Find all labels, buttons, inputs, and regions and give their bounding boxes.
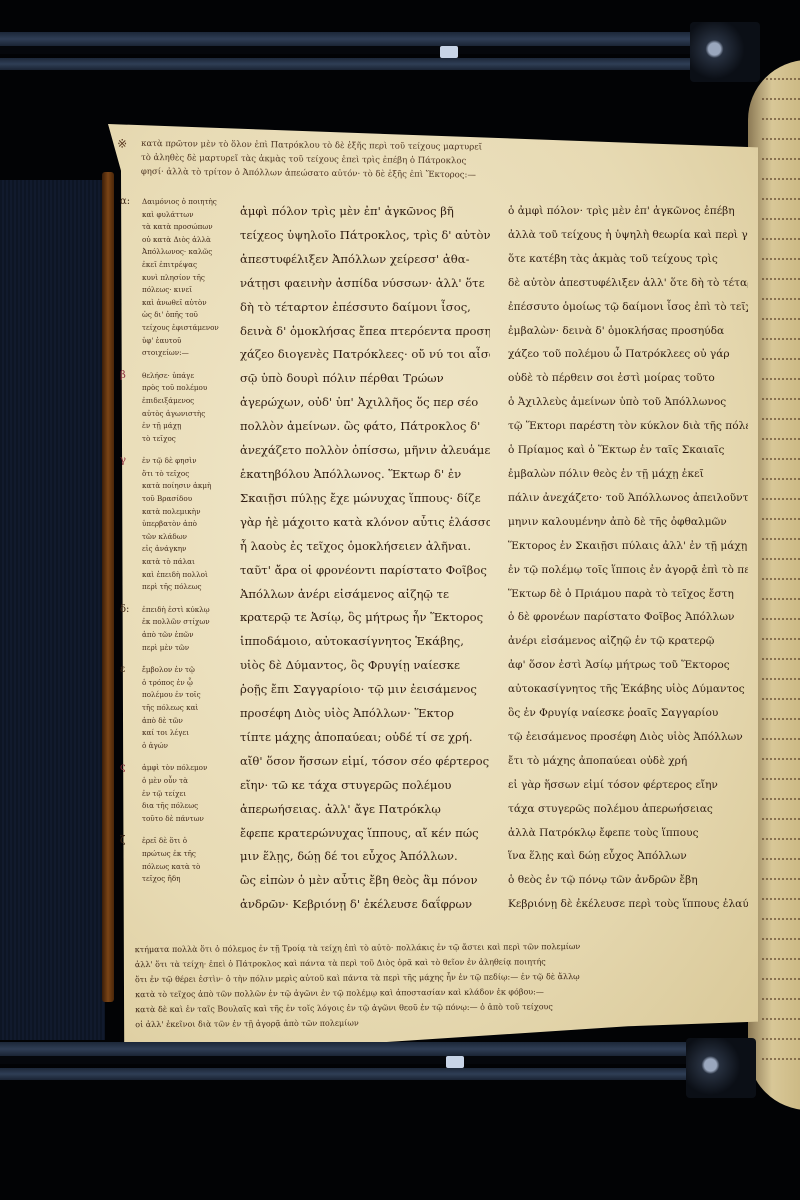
- verse-line: ἀμφὶ πόλον τρὶς μὲν ἐπ' ἀγκῶνος βῆ: [240, 200, 490, 224]
- paraphrase-line: ἀνέρι εἰσάμενος αἰζηῷ ἐν τῷ κρατερῷ: [508, 630, 748, 654]
- verse-line: ταῦτ' ἄρα οἱ φρονέοντι παρίστατο Φοῖβος: [240, 559, 490, 583]
- scholion-line: πολέμου ἐν τοῖς: [120, 689, 238, 702]
- scholion-siglum: ε: [120, 664, 125, 677]
- scholion-line: περὶ τῆς πόλεως: [120, 581, 238, 594]
- paraphrase-line: τῷ Ἕκτορι παρέστη τὸν κύκλον διὰ τῆς πόλ…: [508, 415, 748, 439]
- scholion-siglum: δ:: [120, 604, 129, 617]
- paraphrase-line: ὁ δὲ φρονέων παρίστατο Φοῖβος Ἀπόλλων: [508, 606, 748, 630]
- scholion-siglum: β: [120, 370, 126, 383]
- scholion-line: καὶ ἀνωθεῖ αὐτὸν: [120, 297, 238, 310]
- scholion-line: ἀμφὶ τὸν πόλεμον: [120, 762, 238, 775]
- verse-line: ἀνδρῶν· Κεβριόνῃ δ' ἐκέλευσε δαΐφρων: [240, 893, 490, 917]
- scholion-block: ς ἀμφὶ τὸν πόλεμον ὁ μὲν οὖν τὰ ἐν τῷ τε…: [120, 762, 238, 825]
- paraphrase-line: δὲ αὐτὸν ἀπεστυφέλιξεν ἀλλ' ὅτε δὴ τὸ τέ…: [508, 272, 748, 296]
- scholion-line: Δαιμόνιος ὁ ποιητὴς: [120, 196, 238, 209]
- scholion-line: καί τοι λέγει: [120, 727, 238, 740]
- scholion-line: καὶ ἐπειδὴ πολλοὶ: [120, 569, 238, 582]
- verse-line: χάζεο διογενὲς Πατρόκλεες· οὔ νύ τοι αἶσ…: [240, 343, 490, 367]
- paraphrase-line: μηνιν καλουμένην ἀπὸ δὲ τῆς ὀφθαλμῶν: [508, 511, 748, 535]
- scholion-block: ζ ἐρεῖ δὲ ὅτι ὁ πρώτως ἐκ τῆς πόλεως κατ…: [120, 835, 238, 885]
- scholion-line: ἐν τῷ δὲ φησὶν: [120, 455, 238, 468]
- verse-line: αἴθ' ὅσον ἥσσων εἰμί, τόσον σέο φέρτερος: [240, 750, 490, 774]
- paraphrase-line: τῷ ἐεισάμενος προσέφη Διὸς υἱὸς Ἀπόλλων: [508, 726, 748, 750]
- scholion-line: ἐν τῷ τείχει: [120, 788, 238, 801]
- main-text-column-left: ἀμφὶ πόλον τρὶς μὲν ἐπ' ἀγκῶνος βῆ τείχε…: [240, 200, 490, 917]
- scholion-siglum: γ: [120, 455, 126, 468]
- paraphrase-line: ἐν τῷ πολέμῳ τοῖς ἵπποις ἐν ἀγορᾷ ἐπὶ τὸ…: [508, 559, 748, 583]
- paraphrase-line: οὐδὲ τὸ πέρθειν σοι ἐστὶ μοίρας τοῦτο: [508, 367, 748, 391]
- scholion-line: ὡς δι' ὀπῆς τοῦ: [120, 309, 238, 322]
- scholion-line: ὑφ' ἑαυτοῦ: [120, 335, 238, 348]
- scholion-line: πρώτως ἐκ τῆς: [120, 848, 238, 861]
- scholion-line: ἐκ πολλῶν στίχων: [120, 616, 238, 629]
- scholion-line: κατὰ τὸ πάλαι: [120, 556, 238, 569]
- cradle-top-bar: [0, 32, 690, 46]
- footer-line: οἱ ἀλλ' ἐκεῖνοι διὰ τῶν ἐν τῇ ἀγορᾷ ἀπὸ …: [135, 1013, 745, 1032]
- paraphrase-line: ἀλλὰ Πατρόκλῳ ἔφεπε τοὺς ἵππους: [508, 822, 748, 846]
- verse-line: ἀπερωήσειας. ἀλλ' ἄγε Πατρόκλῳ: [240, 798, 490, 822]
- scholion-block: β θελήσε· ὑπάγε πρὸς τοῦ πολέμου ἐπιδειξ…: [120, 370, 238, 446]
- verse-line: ἀπεστυφέλιξεν Ἀπόλλων χείρεσσ' ἀθα-: [240, 248, 490, 272]
- scholion-line: ἐπιδειξάμενος: [120, 395, 238, 408]
- scholion-siglum: α:: [120, 196, 130, 209]
- cradle-top-gap: [0, 46, 690, 54]
- cloth-backdrop: [0, 180, 105, 1040]
- scholion-line: ὁ τρόπος ἐν ᾧ: [120, 677, 238, 690]
- scholion-line: τείχους ἐφιστάμενον: [120, 322, 238, 335]
- cradle-bottom-gap: [0, 1056, 690, 1064]
- header-scholion: ※ κατὰ πρῶτον μὲν τὸ ὅλον ἐπὶ Πατρόκλου …: [115, 137, 755, 186]
- paraphrase-line: ἔτι τὸ μάχης ἀποπαύεαι οὐδὲ χρή: [508, 750, 748, 774]
- scholion-line: τεῖχος ἤδη: [120, 873, 238, 886]
- paraphrase-line: χάζεο τοῦ πολέμου ὦ Πατρόκλεες οὐ γάρ: [508, 343, 748, 367]
- scholion-line: ὁ μὲν οὖν τὰ: [120, 775, 238, 788]
- verse-line: ῥοῇς ἔπι Σαγγαρίοιο· τῷ μιν ἐεισάμενος: [240, 678, 490, 702]
- scholion-line: ἐν τῇ μάχῃ: [120, 420, 238, 433]
- verse-line: νάτῃσι φαεινὴν ἀσπίδα νύσσων· ἀλλ' ὅτε: [240, 272, 490, 296]
- scholion-line: πόλεως κατὰ τὸ: [120, 861, 238, 874]
- scholion-line: τῆς πόλεως καὶ: [120, 702, 238, 715]
- scholion-line: ἀπὸ δὲ τῶν: [120, 715, 238, 728]
- paraphrase-line: πάλιν ἀνεχάζετο· τοῦ Ἀπόλλωνος ἀπειλοῦντ…: [508, 487, 748, 511]
- scholion-line: αὐτὸς ἀγωνιστὴς: [120, 408, 238, 421]
- margin-scholia: α: Δαιμόνιος ὁ ποιητὴς καὶ φυλάττων τὰ κ…: [120, 196, 238, 896]
- verse-line: ὣς εἰπὼν ὁ μὲν αὖτις ἔβη θεὸς ἂμ πόνον: [240, 869, 490, 893]
- scholion-line: κατὰ πολεμικὴν: [120, 506, 238, 519]
- scholion-line: τὸ τεῖχος: [120, 433, 238, 446]
- verse-line: Σκαιῇσι πύλῃς ἔχε μώνυχας ἵππους· δίζε: [240, 487, 490, 511]
- verse-line: τίπτε μάχης ἀποπαύεαι; οὐδέ τί σε χρή.: [240, 726, 490, 750]
- verse-line: δὴ τὸ τέταρτον ἐπέσσυτο δαίμονι ἶσος,: [240, 296, 490, 320]
- verse-line: ἦ λαοὺς ἐς τεῖχος ὁμοκλήσειεν ἀλῆναι.: [240, 535, 490, 559]
- scholion-line: θελήσε· ὑπάγε: [120, 370, 238, 383]
- scholion-line: πρὸς τοῦ πολέμου: [120, 382, 238, 395]
- verse-line: ἑκατηβόλου Ἀπόλλωνος. Ἕκτωρ δ' ἐν: [240, 463, 490, 487]
- scholion-line: Ἀπόλλωνος· καλῶς: [120, 246, 238, 259]
- verse-line: σῷ ὑπὸ δουρὶ πόλιν πέρθαι Τρώων: [240, 367, 490, 391]
- top-right-clamp: [690, 22, 760, 82]
- paraphrase-line: ἀλλὰ τοῦ τείχους ἡ ὑψηλὴ θεωρία καὶ περὶ…: [508, 224, 748, 248]
- paraphrase-line: ὁ ἀμφὶ πόλον· τρὶς μὲν ἐπ' ἀγκῶνος ἐπέβη: [508, 200, 748, 224]
- scholion-block: ε ἔμβολον ἐν τῷ ὁ τρόπος ἐν ᾧ πολέμου ἐν…: [120, 664, 238, 752]
- verse-line: μιν ἕλῃς, δώῃ δέ τοι εὖχος Ἀπόλλων.: [240, 845, 490, 869]
- cradle-clip-bottom: [446, 1056, 464, 1068]
- verse-line: ἀγερώχων, οὐδ' ὑπ' Ἀχιλλῆος ὅς περ σέο: [240, 391, 490, 415]
- scholion-line: ὑπερβατὸν ἀπὸ: [120, 518, 238, 531]
- scholion-line: καὶ φυλάττων: [120, 209, 238, 222]
- verse-line: ἱπποδάμοιο, αὐτοκασίγνητος Ἑκάβης,: [240, 630, 490, 654]
- cradle-top-bar-lower: [0, 58, 690, 70]
- paraphrase-line: Ἕκτορος ἐν Σκαιῇσι πύλαις ἀλλ' ἐν τῇ μάχ…: [508, 535, 748, 559]
- verse-line: υἱὸς δὲ Δύμαντος, ὃς Φρυγίῃ ναίεσκε: [240, 654, 490, 678]
- paraphrase-line: ὅτε κατέβη τὰς ἀκμὰς τοῦ τείχους τρὶς: [508, 248, 748, 272]
- scholion-line: ἔμβολον ἐν τῷ: [120, 664, 238, 677]
- paraphrase-line: εἰ γὰρ ἥσσων εἰμί τόσον φέρτερος εἴην: [508, 774, 748, 798]
- scholion-block: δ: ἐπειδὴ ἐστὶ κύκλῳ ἐκ πολλῶν στίχων ἀπ…: [120, 604, 238, 654]
- board-edge: [102, 172, 114, 1002]
- paraphrase-line: αὐτοκασίγνητος τῆς Ἑκάβης υἱὸς Δύμαντος: [508, 678, 748, 702]
- scholion-siglum: ς: [120, 762, 126, 775]
- verse-line: ἔφεπε κρατερώνυχας ἵππους, αἴ κέν πώς: [240, 822, 490, 846]
- paraphrase-line: ἐπέσσυτο ὁμοίως τῷ δαίμονι ἶσος ἐπὶ τὸ τ…: [508, 296, 748, 320]
- verse-line: προσέφη Διὸς υἱὸς Ἀπόλλων· Ἕκτορ: [240, 702, 490, 726]
- cradle-bottom-bar-lower: [0, 1068, 690, 1080]
- scholion-mark: ※: [117, 137, 127, 151]
- verse-line: τείχεος ὑψηλοῖο Πάτροκλος, τρὶς δ' αὐτὸν: [240, 224, 490, 248]
- cradle-clip-top: [440, 46, 458, 58]
- scholion-block: α: Δαιμόνιος ὁ ποιητὴς καὶ φυλάττων τὰ κ…: [120, 196, 238, 360]
- verse-line: κρατερῷ τε Ἀσίῳ, ὃς μήτρως ἦν Ἕκτορος: [240, 606, 490, 630]
- scholion-line: ὅτι τὸ τεῖχος: [120, 468, 238, 481]
- paraphrase-line: ἐμβαλὼν· δεινὰ δ' ὁμοκλήσας προσηύδα: [508, 320, 748, 344]
- scholion-line: ἐρεῖ δὲ ὅτι ὁ: [120, 835, 238, 848]
- paraphrase-line: ὁ Πρίαμος καὶ ὁ Ἕκτωρ ἐν ταῖς Σκαιαῖς: [508, 439, 748, 463]
- scholion-line: τοῦτο δὲ πάντων: [120, 813, 238, 826]
- scholion-line: δια τῆς πόλεως: [120, 800, 238, 813]
- verse-line: ἀνεχάζετο πολλὸν ὀπίσσω, μῆνιν ἀλευάμενο…: [240, 439, 490, 463]
- scholion-line: στοιχείων:—: [120, 347, 238, 360]
- verse-line: δεινὰ δ' ὁμοκλήσας ἔπεα πτερόεντα προσηύ…: [240, 320, 490, 344]
- scholion-line: πόλεως· κινεῖ: [120, 284, 238, 297]
- main-text-column-right: ὁ ἀμφὶ πόλον· τρὶς μὲν ἐπ' ἀγκῶνος ἐπέβη…: [508, 200, 748, 917]
- paraphrase-line: ὃς ἐν Φρυγίᾳ ναίεσκε ῥοαῖς Σαγγαρίου: [508, 702, 748, 726]
- scholion-block: γ ἐν τῷ δὲ φησὶν ὅτι τὸ τεῖχος κατὰ ποίη…: [120, 455, 238, 594]
- verse-line: Ἀπόλλων ἀνέρι εἰσάμενος αἰζηῷ τε: [240, 583, 490, 607]
- bottom-right-clamp: [686, 1038, 756, 1098]
- scholion-line: κυνὶ πλησίον τῆς: [120, 272, 238, 285]
- scholion-line: τὰ κατὰ προσώπων: [120, 221, 238, 234]
- scholion-line: ἀπὸ τῶν ἐπῶν: [120, 629, 238, 642]
- cradle-bottom-bar: [0, 1042, 690, 1056]
- paraphrase-line: τάχα στυγερῶς πολέμου ἀπερωήσειας: [508, 798, 748, 822]
- scholion-line: τῶν κλάδων: [120, 531, 238, 544]
- paraphrase-line: Ἕκτωρ δὲ ὁ Πριάμου παρὰ τὸ τεῖχος ἔστη: [508, 583, 748, 607]
- scholion-line: ὁ ἀγών: [120, 740, 238, 753]
- scholion-line: οὐ κατὰ Διὸς ἀλλὰ: [120, 234, 238, 247]
- verse-line: πολλὸν ἀμείνων. ὣς φάτο, Πάτροκλος δ': [240, 415, 490, 439]
- paraphrase-line: Κεβριόνῃ δὲ ἐκέλευσε περὶ τοὺς ἵππους ἐλ…: [508, 893, 748, 917]
- paraphrase-line: ἐμβαλὼν πόλιν θεὸς ἐν τῇ μάχῃ ἐκεῖ: [508, 463, 748, 487]
- paraphrase-line: ὁ Ἀχιλλεὺς ἀμείνων ὑπὸ τοῦ Ἀπόλλωνος: [508, 391, 748, 415]
- scholion-line: κατὰ ποίησιν ἀκμὴ: [120, 480, 238, 493]
- paraphrase-line: ἀφ' ὅσον ἐστὶ Ἀσίῳ μήτρως τοῦ Ἕκτορος: [508, 654, 748, 678]
- scholion-siglum: ζ: [120, 835, 125, 848]
- scholion-line: ἐπειδὴ ἐστὶ κύκλῳ: [120, 604, 238, 617]
- verse-line: γὰρ ἠὲ μάχοιτο κατὰ κλόνον αὖτις ἐλάσσας…: [240, 511, 490, 535]
- paraphrase-line: ἵνα ἕλῃς καὶ δώῃ εὖχος Ἀπόλλων: [508, 845, 748, 869]
- footer-scholion: κτήματα πολλὰ ὅτι ὁ πόλεμος ἐν τῇ Τροίᾳ …: [135, 938, 746, 1032]
- paraphrase-line: ὁ θεὸς ἐν τῷ πόνῳ τῶν ἀνδρῶν ἔβη: [508, 869, 748, 893]
- scholion-line: τοῦ Βρασίδου: [120, 493, 238, 506]
- scholion-line: εἰς ἀνάγκην: [120, 543, 238, 556]
- scholion-line: περὶ μὲν τῶν: [120, 642, 238, 655]
- scholion-line: ἐκεῖ ἐπιτρέψας: [120, 259, 238, 272]
- verse-line: εἴην· τῶ κε τάχα στυγερῶς πολέμου: [240, 774, 490, 798]
